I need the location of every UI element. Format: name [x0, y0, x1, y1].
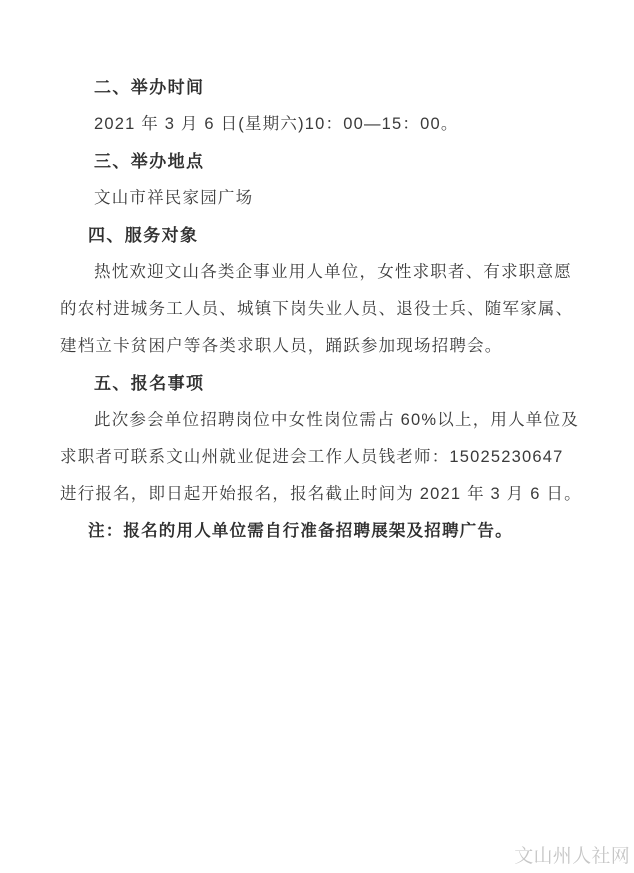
registration-line-2: 求职者可联系文山州就业促进会工作人员钱老师：15025230647	[60, 439, 576, 476]
service-targets-line-2: 的农村进城务工人员、城镇下岗失业人员、退役士兵、随军家属、	[60, 291, 576, 328]
registration-line-3: 进行报名，即日起开始报名，报名截止时间为 2021 年 3 月 6 日。	[60, 476, 576, 513]
heading-registration: 五、报名事项	[60, 365, 576, 402]
event-location-text: 文山市祥民家园广场	[60, 180, 576, 217]
notice-document: 二、举办时间 2021 年 3 月 6 日(星期六)10：00—15：00。 三…	[0, 69, 634, 550]
heading-event-location: 三、举办地点	[60, 143, 576, 180]
heading-service-targets: 四、服务对象	[60, 217, 576, 254]
service-targets-line-1: 热忱欢迎文山各类企事业用人单位，女性求职者、有求职意愿	[60, 254, 576, 291]
site-watermark-text: 文山州人社网	[514, 841, 630, 868]
heading-event-time: 二、举办时间	[60, 69, 576, 106]
service-targets-line-3: 建档立卡贫困户等各类求职人员，踊跃参加现场招聘会。	[60, 328, 576, 365]
registration-line-1: 此次参会单位招聘岗位中女性岗位需占 60%以上，用人单位及	[60, 402, 576, 439]
event-time-text: 2021 年 3 月 6 日(星期六)10：00—15：00。	[60, 106, 576, 143]
registration-note: 注：报名的用人单位需自行准备招聘展架及招聘广告。	[60, 513, 576, 550]
